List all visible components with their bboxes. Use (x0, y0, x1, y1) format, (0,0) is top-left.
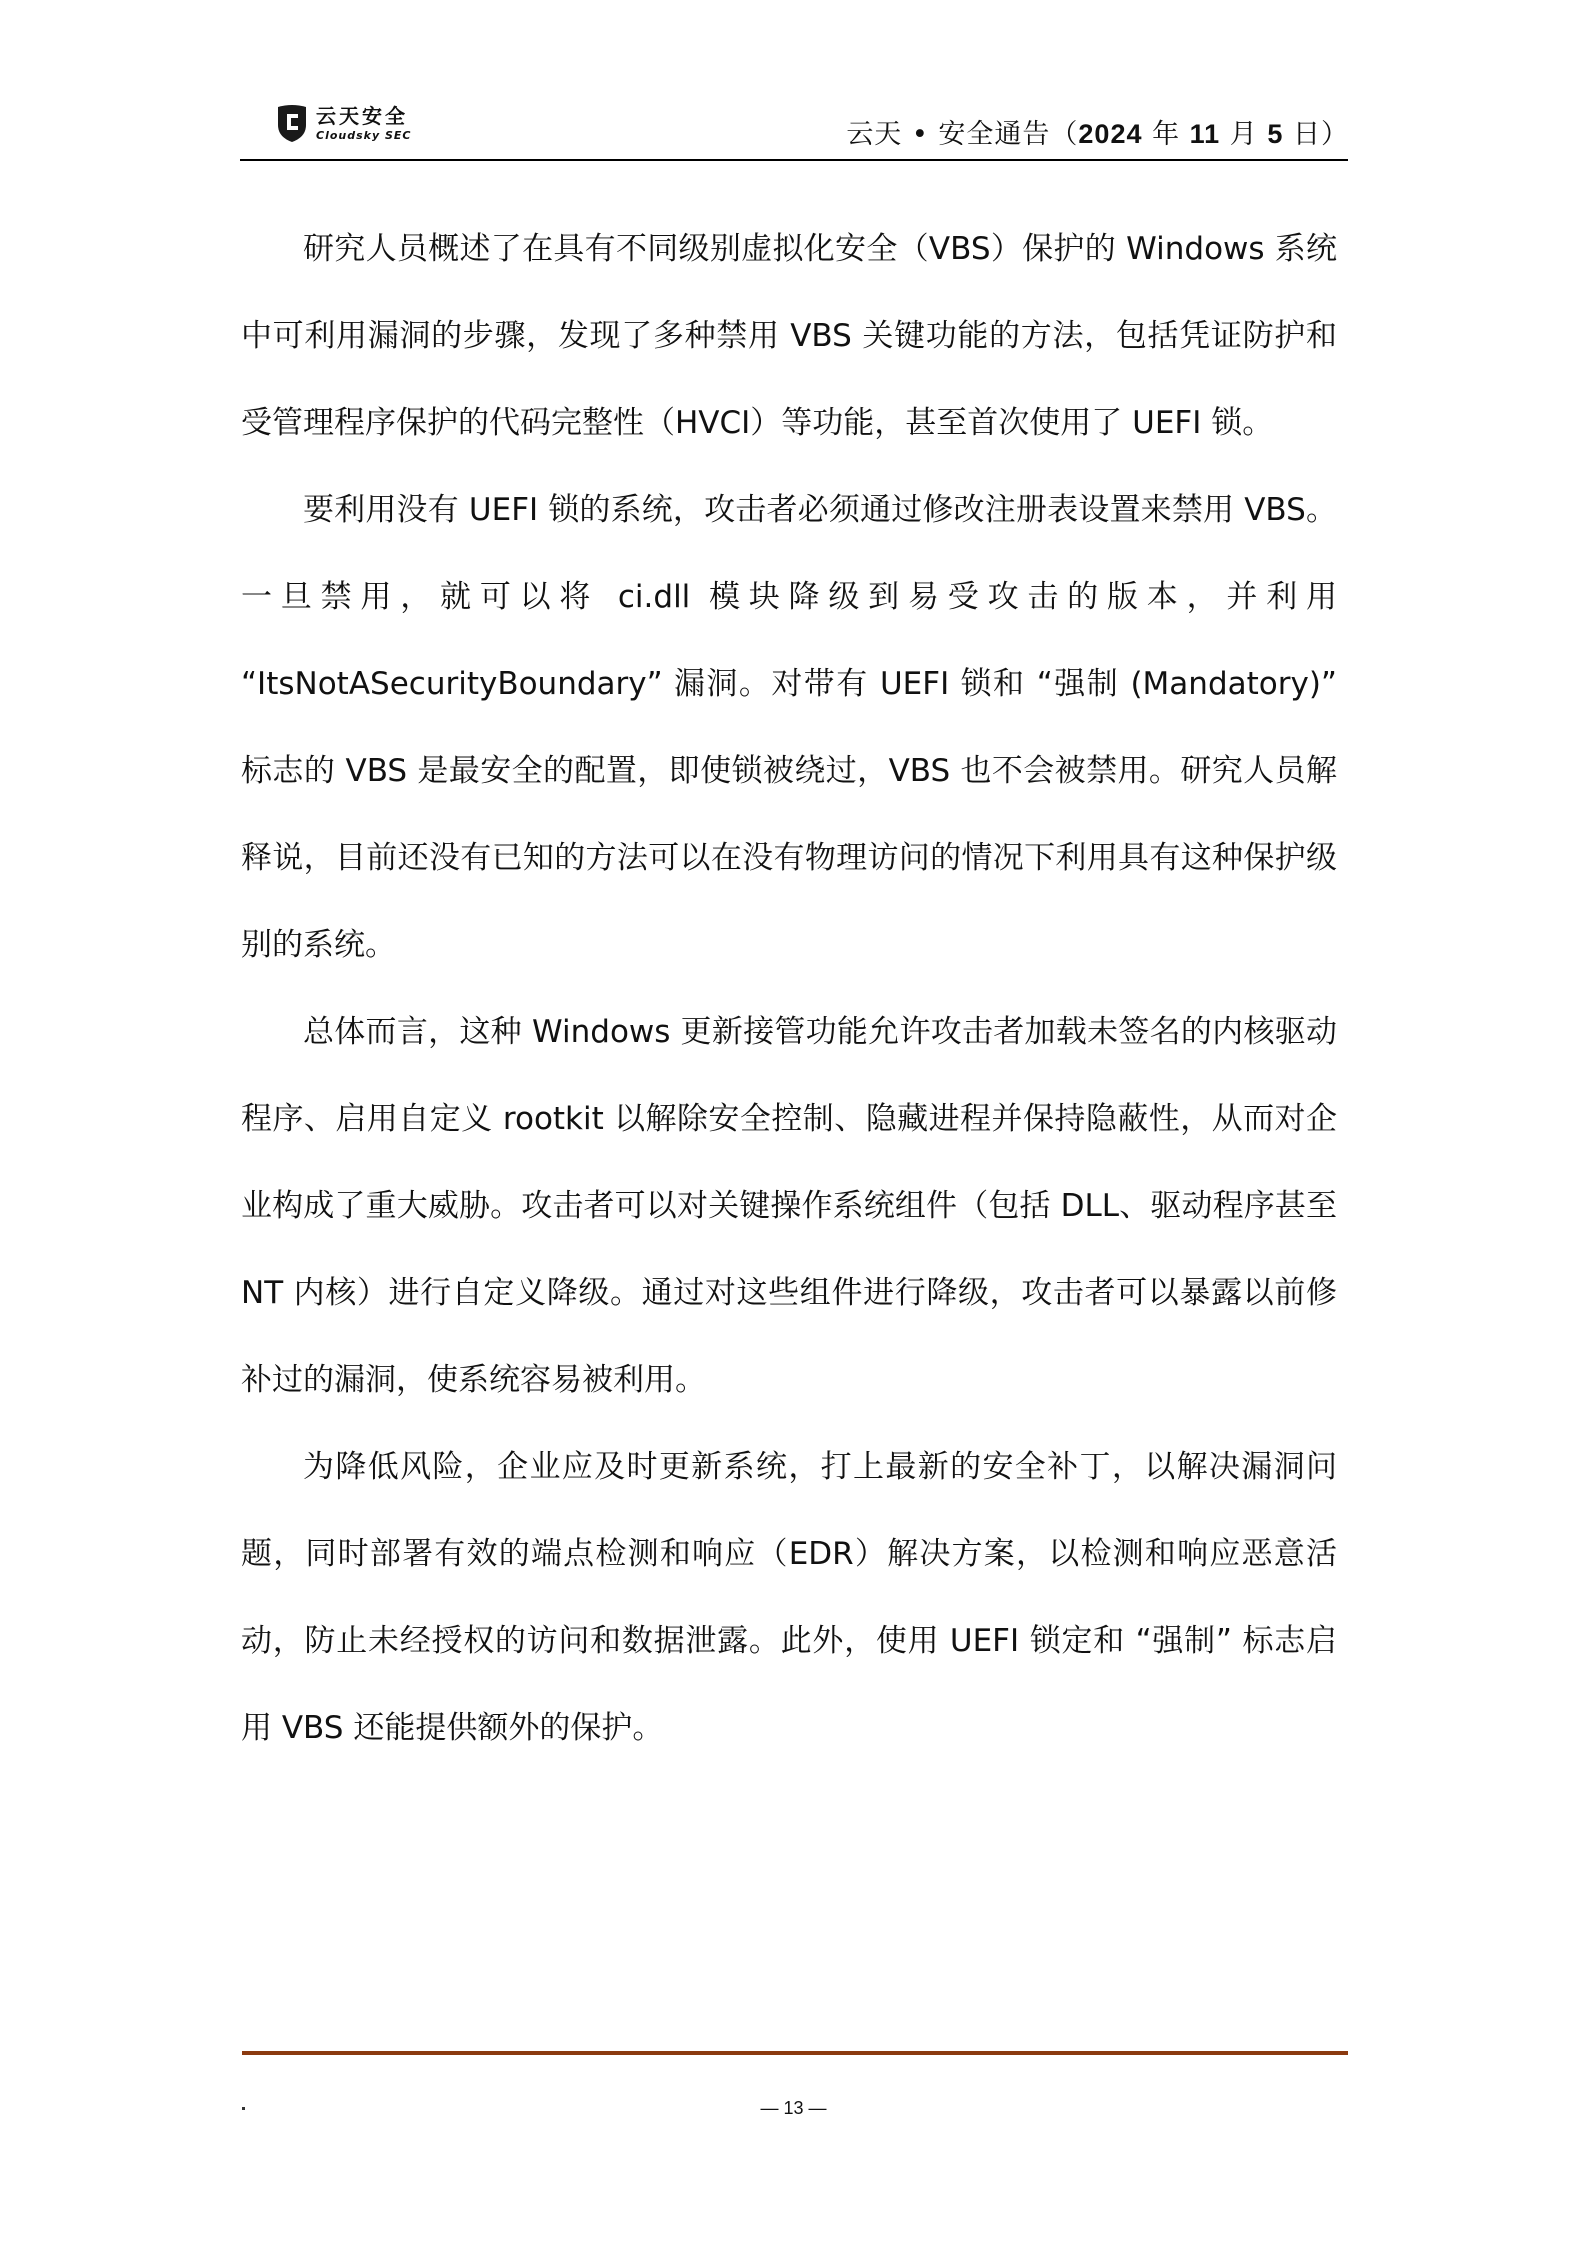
paragraph: 研究人员概述了在具有不同级别虚拟化安全（VBS）保护的 Windows 系统中可… (241, 206, 1337, 467)
footer-divider (242, 2051, 1348, 2055)
title-day: 5 (1267, 119, 1283, 149)
title-year: 2024 (1078, 119, 1142, 149)
title-year-unit: 年 (1142, 119, 1189, 150)
title-prefix: 云天 • 安全通告（ (846, 119, 1078, 150)
title-month-unit: 月 (1220, 119, 1267, 150)
document-body: 研究人员概述了在具有不同级别虚拟化安全（VBS）保护的 Windows 系统中可… (241, 206, 1337, 1772)
paragraph: 要利用没有 UEFI 锁的系统，攻击者必须通过修改注册表设置来禁用 VBS。一旦… (241, 467, 1337, 989)
bulletin-title: 云天 • 安全通告（2024 年 11 月 5 日） (846, 112, 1349, 151)
title-day-unit: 日） (1283, 119, 1349, 150)
logo-name-en: Cloudsky SEC (316, 130, 411, 141)
paragraph: 为降低风险，企业应及时更新系统，打上最新的安全补丁，以解决漏洞问题，同时部署有效… (241, 1424, 1337, 1772)
page-number: — 13 — (0, 2098, 1587, 2119)
logo-name-cn: 云天安全 (316, 106, 411, 126)
title-month: 11 (1190, 119, 1221, 149)
paragraph: 总体而言，这种 Windows 更新接管功能允许攻击者加载未签名的内核驱动程序、… (241, 989, 1337, 1424)
company-logo: 云天安全 Cloudsky SEC (276, 100, 411, 146)
header-divider (240, 159, 1348, 161)
shield-c-icon (276, 103, 308, 143)
